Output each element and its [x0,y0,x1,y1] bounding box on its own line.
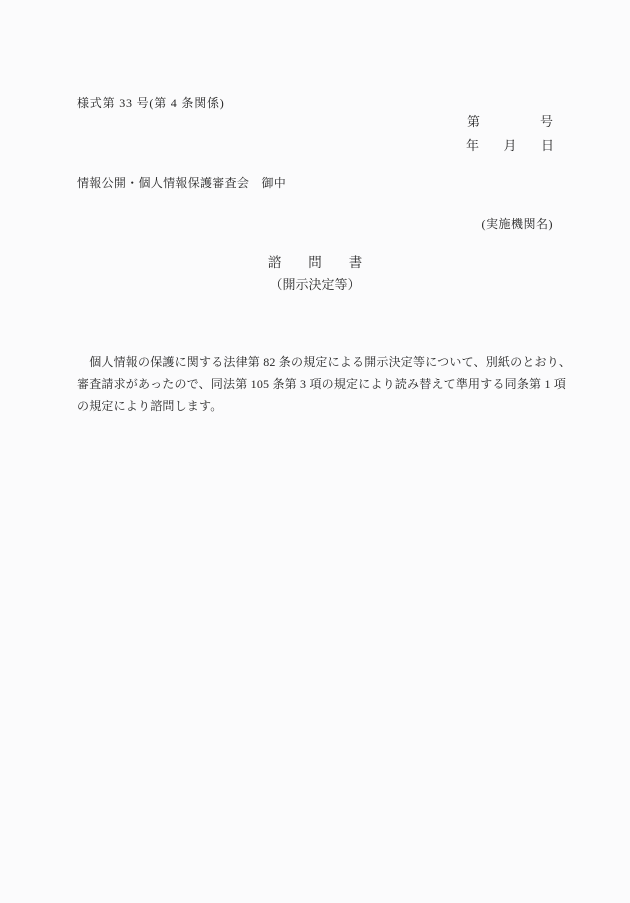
date-year-label: 年 [466,137,479,155]
body-line: 個人情報の保護に関する法律第 82 条の規定による開示決定等について、別紙のとお… [77,351,554,373]
body-paragraph: 個人情報の保護に関する法律第 82 条の規定による開示決定等について、別紙のとお… [77,351,554,417]
body-line: 審査請求があったので、同法第 105 条第 3 項の規定により読み替えて準用する… [77,373,554,395]
document-page: 様式第 33 号(第 4 条関係) 第 号 年 月 日 情報公開・個人情報保護審… [0,0,630,903]
form-number-line: 様式第 33 号(第 4 条関係) [77,94,225,112]
date-day-label: 日 [541,137,554,155]
document-title: 諮 問 書 [0,253,630,273]
date-line: 年 月 日 [466,137,554,155]
doc-number-suffix: 号 [540,113,553,131]
body-line: の規定により諮問します。 [77,395,554,417]
doc-number-prefix: 第 [467,113,480,131]
doc-number-line: 第 号 [467,113,553,131]
date-month-label: 月 [503,137,516,155]
addressee-line: 情報公開・個人情報保護審査会 御中 [77,174,286,192]
document-subtitle: （開示決定等） [0,275,630,295]
issuer-name-placeholder: (実施機関名) [482,215,554,233]
